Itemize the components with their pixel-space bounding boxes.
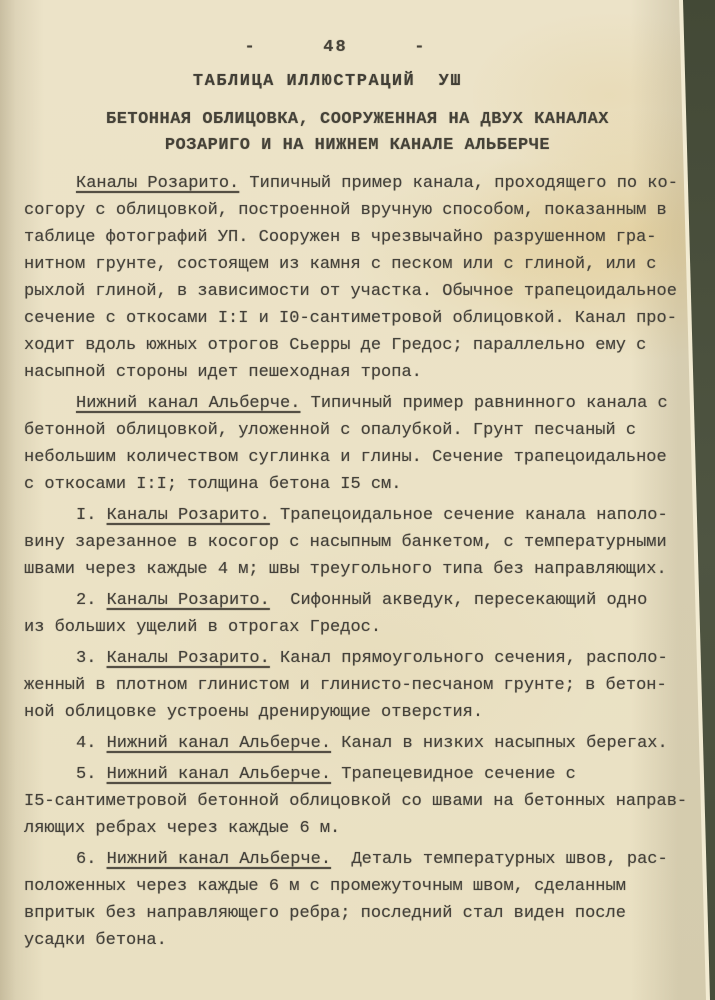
paragraph-number: I. bbox=[76, 506, 107, 525]
list-item: 2. Каналы Розарито. Сифонный акведук, пе… bbox=[24, 587, 690, 641]
page-subtitle-line-2: РОЗАРИГО И НА НИЖНЕМ КАНАЛЕ АЛЬБЕРЧЕ bbox=[0, 133, 715, 159]
list-item: 3. Каналы Розарито. Канал прямоугольного… bbox=[24, 645, 690, 726]
paragraph-lead: Нижний канал Альберче. bbox=[107, 734, 331, 753]
paragraph-lead: Каналы Розарито. bbox=[107, 649, 270, 668]
paragraph-number: 6. bbox=[76, 850, 107, 869]
paragraph: Нижний канал Альберче. Типичный пример р… bbox=[24, 390, 690, 498]
paragraph-lead: Каналы Розарито. bbox=[76, 174, 239, 193]
list-item: 4. Нижний канал Альберче. Канал в низких… bbox=[24, 730, 690, 757]
paragraph-lead: Нижний канал Альберче. bbox=[76, 394, 300, 413]
paragraph: Каналы Розарито. Типичный пример канала,… bbox=[24, 170, 690, 386]
paragraph-lead: Каналы Розарито. bbox=[107, 506, 270, 525]
paragraph-text: Канал в низких насыпных берегах. bbox=[331, 734, 668, 753]
paragraph-number: 5. bbox=[76, 765, 107, 784]
paragraph-lead: Каналы Розарито. bbox=[107, 591, 270, 610]
list-item: 6. Нижний канал Альберче. Деталь темпера… bbox=[24, 846, 690, 954]
page-subtitle-line-1: БЕТОННАЯ ОБЛИЦОВКА, СООРУЖЕННАЯ НА ДВУХ … bbox=[0, 107, 715, 133]
paragraph-number: 4. bbox=[76, 734, 107, 753]
page-number: - 48 - bbox=[0, 38, 715, 58]
page-title: ТАБЛИЦА ИЛЛЮСТРАЦИЙ УШ bbox=[0, 72, 715, 92]
paragraph-lead: Нижний канал Альберче. bbox=[107, 850, 331, 869]
list-item: I. Каналы Розарито. Трапецоидальное сече… bbox=[24, 502, 690, 583]
page-body: Каналы Розарито. Типичный пример канала,… bbox=[0, 170, 714, 954]
scanned-page: - 48 - ТАБЛИЦА ИЛЛЮСТРАЦИЙ УШ БЕТОННАЯ О… bbox=[0, 0, 715, 1000]
paragraph-text: Типичный пример канала, проходящего по к… bbox=[24, 174, 678, 382]
paragraph-number: 2. bbox=[76, 591, 107, 610]
list-item: 5. Нижний канал Альберче. Трапецевидное … bbox=[24, 761, 690, 842]
paragraph-lead: Нижний канал Альберче. bbox=[107, 765, 331, 784]
paragraph-number: 3. bbox=[76, 649, 107, 668]
